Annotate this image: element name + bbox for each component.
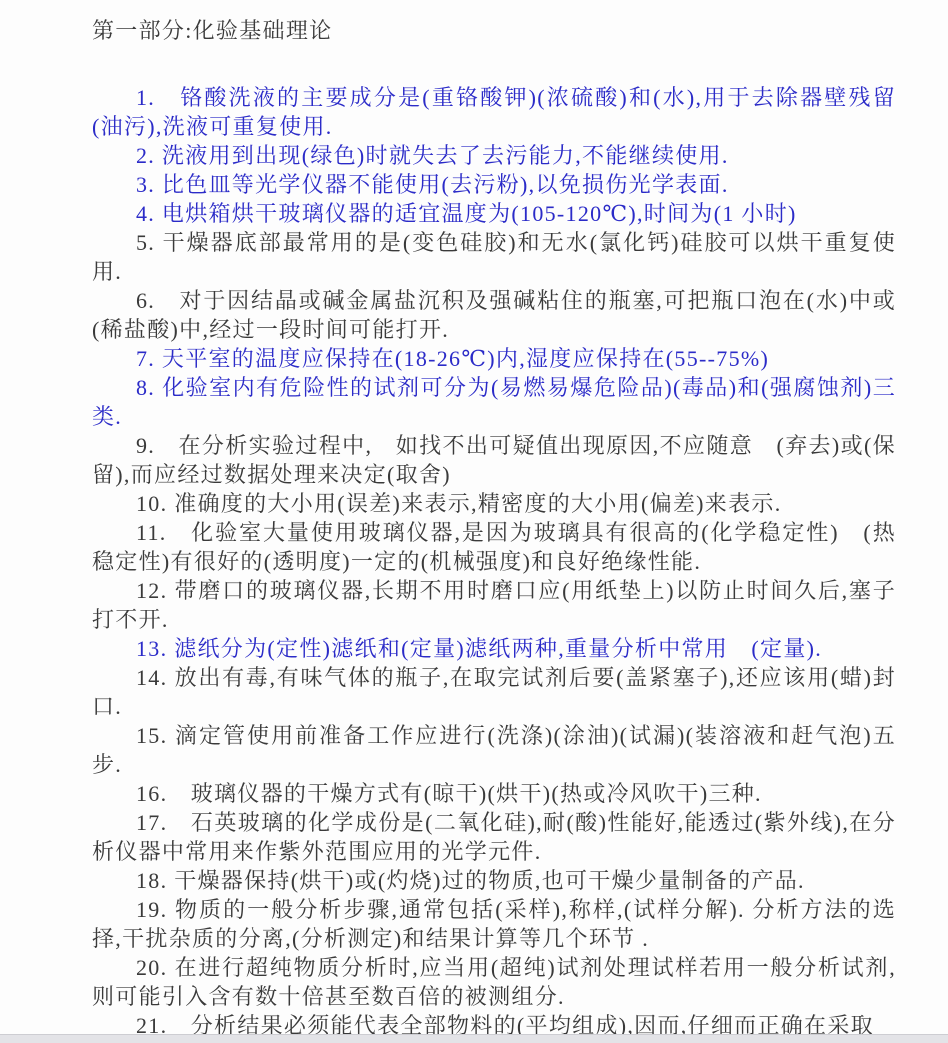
question-item-3: 3. 比色皿等光学仪器不能使用(去污粉),以免损伤光学表面.	[92, 170, 896, 199]
question-item-14: 14. 放出有毒,有味气体的瓶子,在取完试剂后要(盖紧塞子),还应该用(蜡)封口…	[92, 663, 896, 721]
question-item-9: 9. 在分析实验过程中, 如找不出可疑值出现原因,不应随意 (弃去)或(保留),…	[92, 431, 896, 489]
question-item-10: 10. 准确度的大小用(误差)来表示,精密度的大小用(偏差)来表示.	[92, 489, 896, 518]
question-item-20: 20. 在进行超纯物质分析时,应当用(超纯)试剂处理试样若用一般分析试剂,则可能…	[92, 953, 896, 1011]
document-title: 第一部分:化验基础理论	[92, 16, 896, 45]
question-item-15: 15. 滴定管使用前准备工作应进行(洗涤)(涂油)(试漏)(装溶液和赶气泡)五步…	[92, 721, 896, 779]
question-item-18: 18. 干燥器保持(烘干)或(灼烧)过的物质,也可干燥少量制备的产品.	[92, 866, 896, 895]
question-list: 1. 铬酸洗液的主要成分是(重铬酸钾)(浓硫酸)和(水),用于去除器壁残留(油污…	[92, 83, 896, 1040]
question-item-5: 5. 干燥器底部最常用的是(变色硅胶)和无水(氯化钙)硅胶可以烘干重复使用.	[92, 228, 896, 286]
document-content: 第一部分:化验基础理论 1. 铬酸洗液的主要成分是(重铬酸钾)(浓硫酸)和(水)…	[92, 16, 896, 1040]
scanned-document-page: 第一部分:化验基础理论 1. 铬酸洗液的主要成分是(重铬酸钾)(浓硫酸)和(水)…	[0, 0, 948, 1043]
question-item-4: 4. 电烘箱烘干玻璃仪器的适宜温度为(105-120℃),时间为(1 小时)	[92, 199, 896, 228]
question-item-12: 12. 带磨口的玻璃仪器,长期不用时磨口应(用纸垫上)以防止时间久后,塞子打不开…	[92, 576, 896, 634]
question-item-1: 1. 铬酸洗液的主要成分是(重铬酸钾)(浓硫酸)和(水),用于去除器壁残留(油污…	[92, 83, 896, 141]
question-item-17: 17. 石英玻璃的化学成份是(二氧化硅),耐(酸)性能好,能透过(紫外线),在分…	[92, 808, 896, 866]
question-item-2: 2. 洗液用到出现(绿色)时就失去了去污能力,不能继续使用.	[92, 141, 896, 170]
question-item-16: 16. 玻璃仪器的干燥方式有(晾干)(烘干)(热或冷风吹干)三种.	[92, 779, 896, 808]
question-item-6: 6. 对于因结晶或碱金属盐沉积及强碱粘住的瓶塞,可把瓶口泡在(水)中或(稀盐酸)…	[92, 286, 896, 344]
question-item-8: 8. 化验室内有危险性的试剂可分为(易燃易爆危险品)(毒品)和(强腐蚀剂)三类.	[92, 373, 896, 431]
page-bottom-edge	[0, 1034, 948, 1043]
question-item-13: 13. 滤纸分为(定性)滤纸和(定量)滤纸两种,重量分析中常用 (定量).	[92, 634, 896, 663]
question-item-19: 19. 物质的一般分析步骤,通常包括(采样),称样,(试样分解). 分析方法的选…	[92, 895, 896, 953]
question-item-7: 7. 天平室的温度应保持在(18-26℃)内,湿度应保持在(55--75%)	[92, 344, 896, 373]
question-item-11: 11. 化验室大量使用玻璃仪器,是因为玻璃具有很高的(化学稳定性) (热稳定性)…	[92, 518, 896, 576]
